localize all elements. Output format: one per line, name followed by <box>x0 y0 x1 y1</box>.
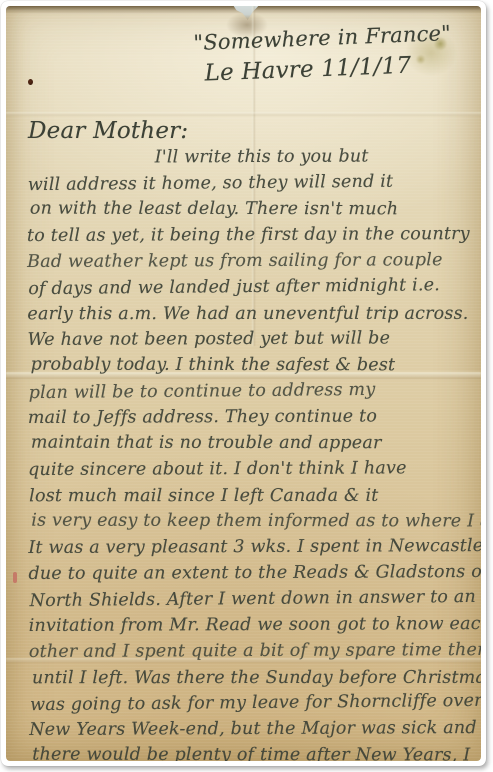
letter-line: due to quite an extent to the Reads & Gl… <box>28 559 481 587</box>
paper-speck-dark <box>28 79 33 85</box>
letter-line: Bad weather kept us from sailing for a c… <box>27 247 480 275</box>
letter-photo-frame: "Somewhere in France" Le Havre 11/1/17 D… <box>1 1 486 766</box>
letter-line: was going to ask for my leave for Shornc… <box>30 688 481 718</box>
letter-line: on with the least delay. There isn't muc… <box>30 196 480 223</box>
letter-line: New Years Week-end, but the Major was si… <box>29 715 481 743</box>
letter-line: there would be plenty of time after New … <box>32 742 481 761</box>
letter-line: plan will be to continue to address my <box>29 376 481 406</box>
letter-line: probably today. I think the safest & bes… <box>31 352 481 379</box>
letter-line: North Shields. After I went down in answ… <box>30 584 481 614</box>
letter-body: I'll write this to you but will address … <box>27 143 481 761</box>
letter-line: I'll write this to you but <box>27 143 480 171</box>
letter-line: mail to Jeffs address. They continue to <box>28 403 481 431</box>
letter-line: maintain that is no trouble and appear <box>31 430 481 457</box>
letter-line: to tell as yet, it being the first day i… <box>27 221 480 249</box>
letter-line: until I left. Was there the Sunday befor… <box>32 665 481 691</box>
letter-line: will address it home, so they will send … <box>28 168 480 198</box>
horizontal-fold-crease-top <box>6 112 481 116</box>
letter-date-line: Le Havre 11/1/17 <box>204 51 453 86</box>
letter-line: We have not been posted yet but will be <box>27 325 480 353</box>
letter-line: lost much mail since I left Canada & it <box>29 483 481 509</box>
letter-line: is very easy to keep them informed as to… <box>31 508 481 535</box>
letter-line: quite sincere about it. I don't think I … <box>28 455 481 483</box>
letter-line: It was a very pleasant 3 wks. I spent in… <box>28 533 481 561</box>
letter-salutation: Dear Mother: <box>28 118 188 144</box>
letter-line: early this a.m. We had an uneventful tri… <box>27 301 480 327</box>
paper-speck-red <box>13 572 17 583</box>
letter-heading: "Somewhere in France" Le Havre 11/1/17 <box>193 21 453 87</box>
letter-line: of days and we landed just after midnigh… <box>28 272 480 302</box>
letter-paper: "Somewhere in France" Le Havre 11/1/17 D… <box>6 6 481 761</box>
letter-line: invitation from Mr. Read we soon got to … <box>29 611 481 639</box>
letter-line: other and I spent quite a bit of my spar… <box>29 637 481 665</box>
